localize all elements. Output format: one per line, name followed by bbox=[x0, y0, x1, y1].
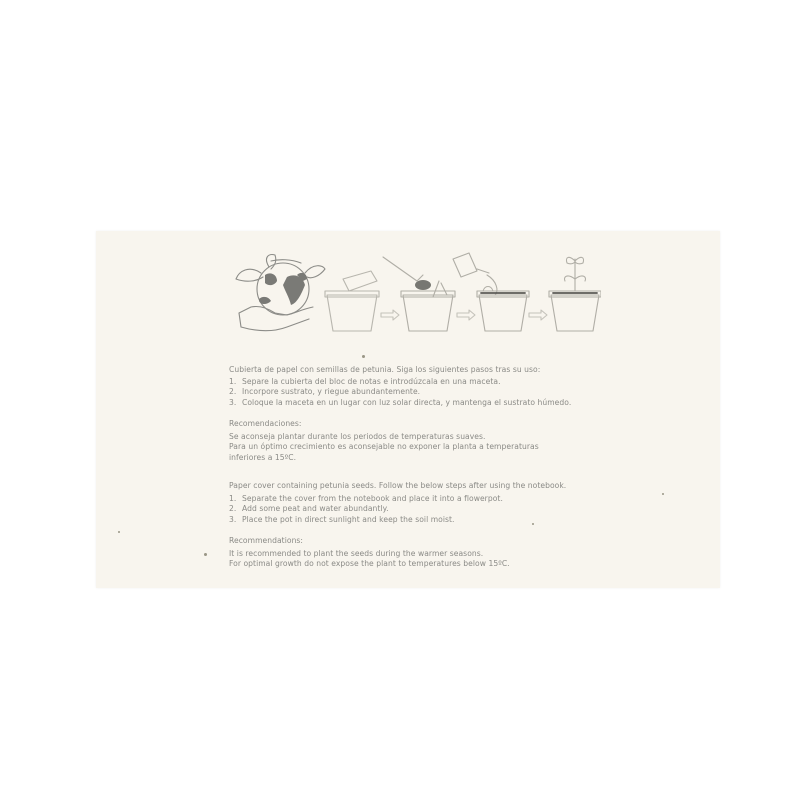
list-item: 2.Add some peat and water abundantly. bbox=[229, 504, 503, 514]
planting-steps-illustration bbox=[231, 251, 601, 339]
list-item: 2.Incorpore sustrato, y riegue abundante… bbox=[229, 387, 571, 397]
list-item: 1.Separate the cover from the notebook a… bbox=[229, 494, 503, 504]
arrow-right-icon bbox=[381, 310, 399, 320]
seed-speck bbox=[532, 523, 534, 525]
list-item: 3.Coloque la maceta en un lugar con luz … bbox=[229, 398, 571, 408]
seed-speck bbox=[362, 355, 365, 358]
english-recommendations: It is recommended to plant the seeds dur… bbox=[229, 549, 510, 570]
spanish-steps-list: 1.Separe la cubierta del bloc de notas e… bbox=[229, 377, 571, 408]
spanish-intro: Cubierta de papel con semillas de petuni… bbox=[229, 365, 540, 375]
seed-speck bbox=[662, 493, 664, 495]
list-item: 1.Separe la cubierta del bloc de notas e… bbox=[229, 377, 571, 387]
seed-paper-card: Cubierta de papel con semillas de petuni… bbox=[96, 231, 720, 588]
list-item: 3.Place the pot in direct sunlight and k… bbox=[229, 515, 503, 525]
seed-paper-into-pot-icon bbox=[325, 271, 379, 331]
english-steps-list: 1.Separate the cover from the notebook a… bbox=[229, 494, 503, 525]
spanish-recommendations: Se aconseja plantar durante los periodos… bbox=[229, 432, 539, 463]
seed-speck bbox=[118, 531, 120, 533]
english-intro: Paper cover containing petunia seeds. Fo… bbox=[229, 481, 566, 491]
hands-holding-globe-icon bbox=[236, 255, 325, 331]
english-recommendations-heading: Recommendations: bbox=[229, 536, 303, 546]
seed-speck bbox=[204, 553, 207, 556]
sprouted-plant-pot-icon bbox=[549, 257, 601, 331]
watering-can-icon bbox=[453, 253, 497, 295]
spanish-recommendations-heading: Recomendaciones: bbox=[229, 419, 302, 429]
arrow-right-icon bbox=[457, 310, 475, 320]
arrow-right-icon bbox=[529, 310, 547, 320]
